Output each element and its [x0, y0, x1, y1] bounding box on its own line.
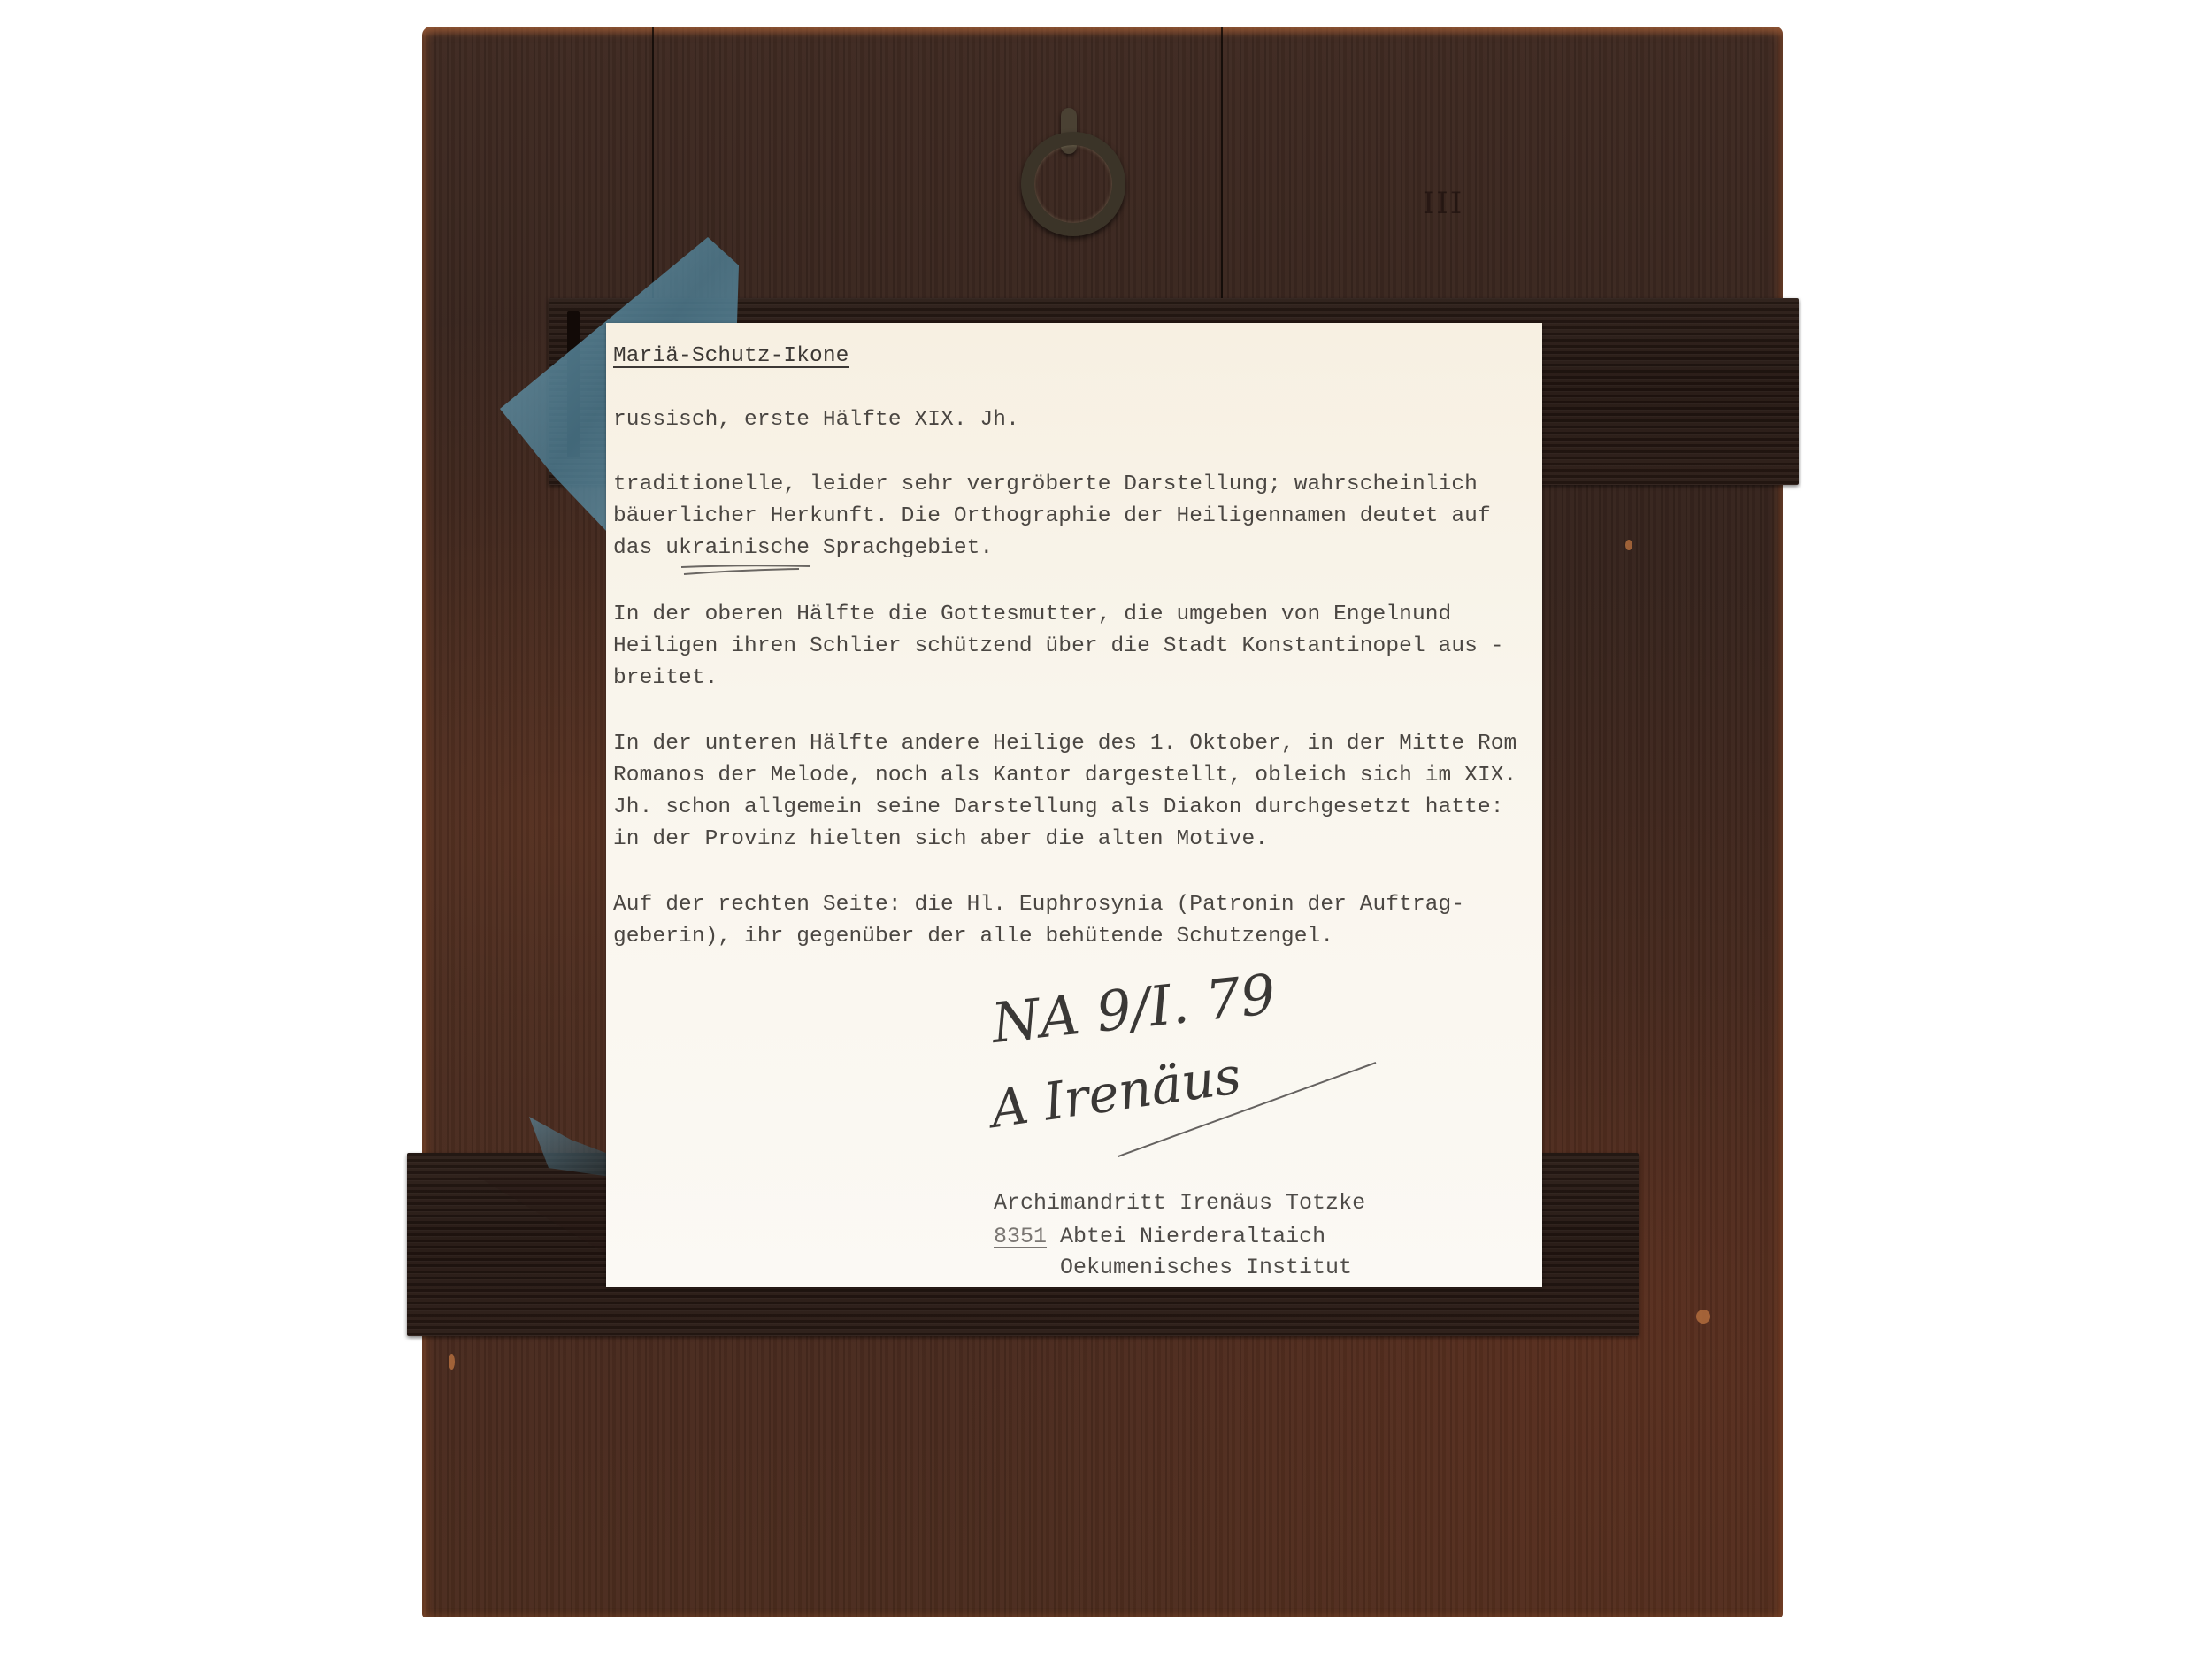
label-line: bäuerlicher Herkunft. Die Orthographie d…: [613, 501, 1491, 534]
label-line: geberin), ihr gegenüber der alle behüten…: [613, 921, 1333, 954]
signatory-address: 8351 Abtei Nierderaltaich: [994, 1224, 1325, 1249]
wood-scuff: [449, 1354, 455, 1370]
label-line: In der unteren Hälfte andere Heilige des…: [613, 728, 1517, 761]
institute-name: Oekumenisches Institut: [1060, 1255, 1352, 1280]
handwritten-date: NA 9/I. 79: [988, 962, 1279, 1056]
board-mark: III: [1423, 186, 1463, 221]
wood-slot: [567, 311, 580, 457]
typed-label: Mariä-Schutz-Ikone russisch, erste Hälft…: [606, 323, 1542, 1287]
wood-scuff: [1696, 1310, 1710, 1324]
label-line: Jh. schon allgemein seine Darstellung al…: [613, 792, 1504, 825]
label-line: Auf der rechten Seite: die Hl. Euphrosyn…: [613, 889, 1464, 922]
label-line: russisch, erste Hälfte XIX. Jh.: [613, 404, 1019, 437]
abbey-name: Abtei Nierderaltaich: [1060, 1224, 1325, 1249]
label-line: in der Provinz hielten sich aber die alt…: [613, 824, 1268, 856]
wood-scuff: [1625, 540, 1632, 550]
label-line: das ukrainische Sprachgebiet.: [613, 533, 993, 565]
label-line: traditionelle, leider sehr vergröberte D…: [613, 469, 1478, 502]
label-line: In der oberen Hälfte die Gottesmutter, d…: [613, 599, 1451, 632]
hanging-ring-icon: [1021, 132, 1125, 236]
label-title: Mariä-Schutz-Ikone: [613, 341, 849, 373]
label-line: Heiligen ihren Schlier schützend über di…: [613, 631, 1504, 664]
signatory-name: Archimandritt Irenäus Totzke: [994, 1190, 1365, 1216]
pencil-underline: [680, 564, 812, 576]
postcode: 8351: [994, 1224, 1047, 1249]
label-line: breitet.: [613, 663, 718, 695]
label-line: Romanos der Melode, noch als Kantor darg…: [613, 760, 1517, 793]
